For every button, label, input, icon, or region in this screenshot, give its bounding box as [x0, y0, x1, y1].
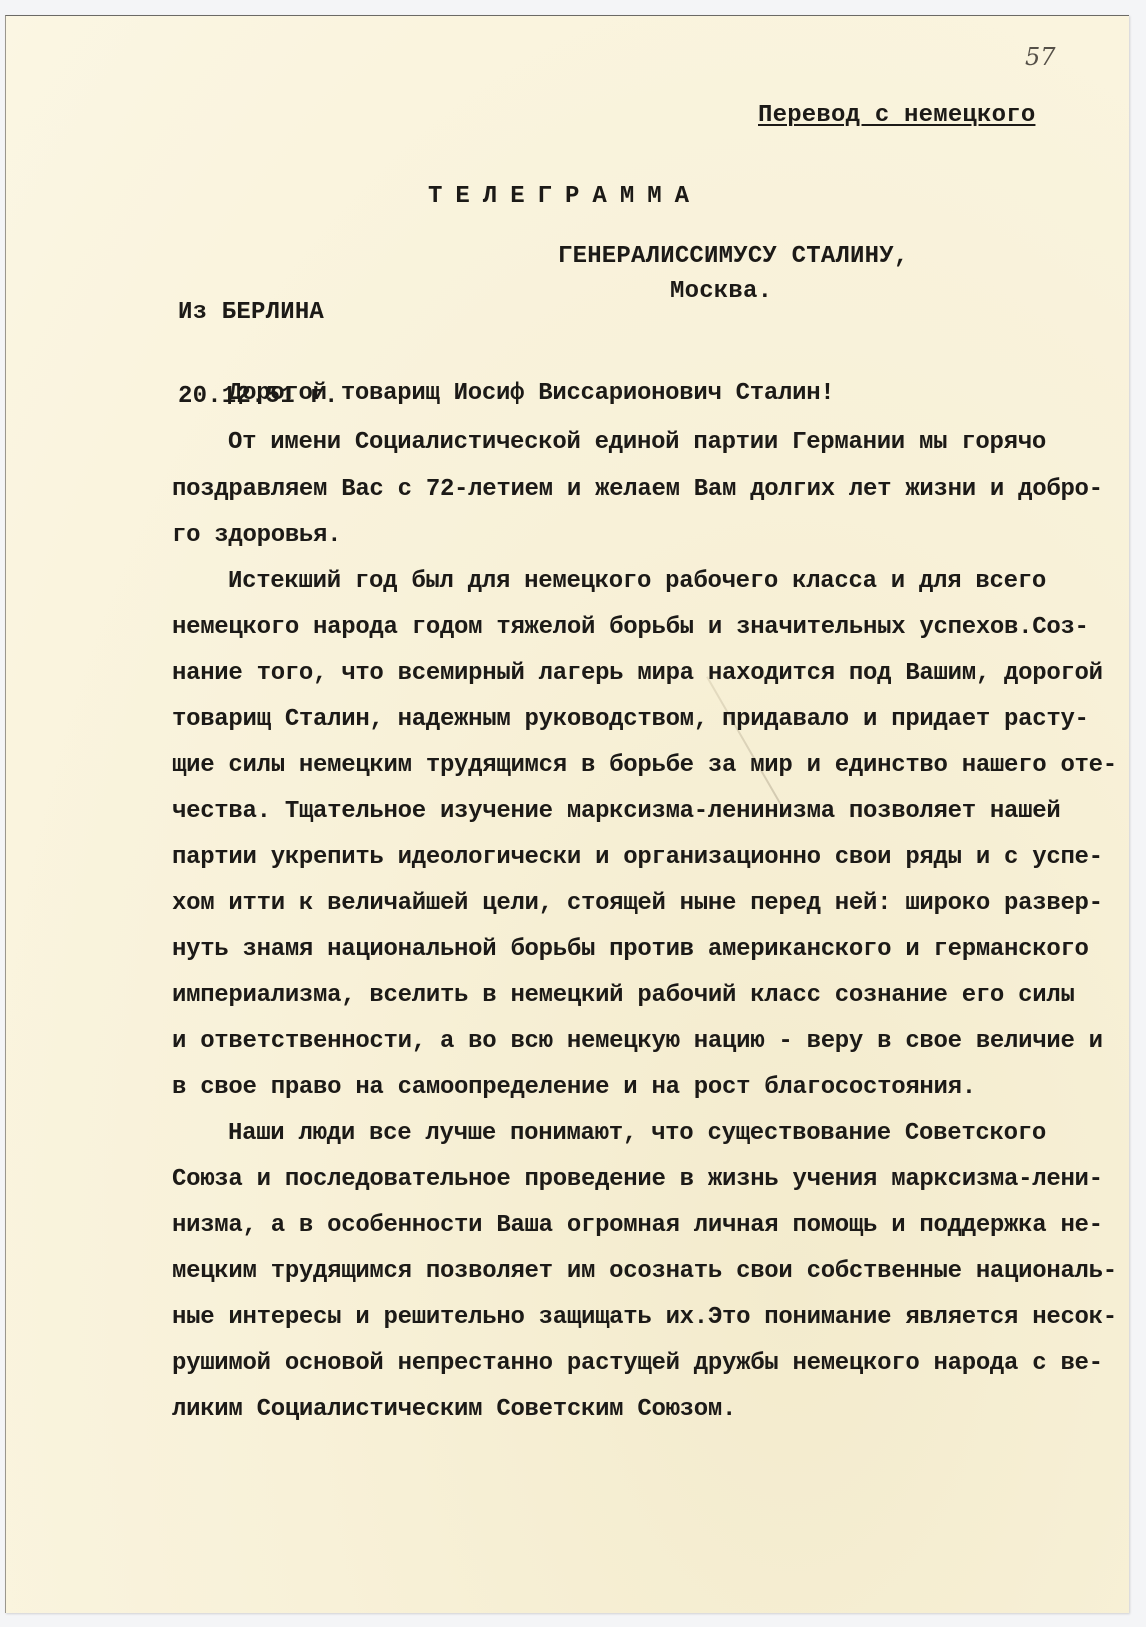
paper-fold-mark: [706, 676, 788, 816]
body-line: немецкого народа годом тяжелой борьбы и …: [172, 614, 1089, 641]
body-line: и ответственности, а во всю немецкую нац…: [172, 1028, 1103, 1055]
sender-city: Из БЕРЛИНА: [178, 299, 339, 327]
translation-note: Перевод с немецкого: [758, 102, 1035, 129]
body-line: Истекший год был для немецкого рабочего …: [228, 568, 1046, 595]
body-line: поздравляем Вас с 72-летием и желаем Вам…: [172, 476, 1103, 503]
body-line: в свое право на самоопределение и на рос…: [172, 1074, 976, 1101]
body-line: товарищ Сталин, надежным руководством, п…: [172, 706, 1089, 733]
body-line: империализма, вселить в немецкий рабочий…: [172, 982, 1075, 1009]
body-line: Наши люди все лучше понимают, что сущест…: [228, 1120, 1046, 1147]
recipient-city: Москва.: [670, 278, 772, 305]
body-line: нуть знамя национальной борьбы против ам…: [172, 936, 1089, 963]
body-line: го здоровья.: [172, 522, 341, 549]
body-line: Союза и последовательное проведение в жи…: [172, 1166, 1103, 1193]
body-line: хом итти к величайшей цели, стоящей ныне…: [172, 890, 1103, 917]
body-line: низма, а в особенности Ваша огромная лич…: [172, 1212, 1103, 1239]
body-line: От имени Социалистической единой партии …: [228, 429, 1046, 456]
body-line: ные интересы и решительно защищать их.Эт…: [172, 1304, 1117, 1331]
body-line: ликим Социалистическим Советским Союзом.: [172, 1396, 736, 1423]
page-number: 57: [1025, 43, 1056, 71]
body-line: нание того, что всемирный лагерь мира на…: [172, 660, 1103, 687]
sender-block: Из БЕРЛИНА 20.12.51 г.: [178, 243, 339, 439]
body-line: рушимой основой непрестанно растущей дру…: [172, 1350, 1103, 1377]
body-line: чества. Тщательное изучение марксизма-ле…: [172, 798, 1060, 825]
salutation: Дорогой товарищ Иосиф Виссарионович Стал…: [228, 380, 834, 407]
body-line: щие силы немецким трудящимся в борьбе за…: [172, 752, 1117, 779]
recipient-name: ГЕНЕРАЛИССИМУСУ СТАЛИНУ,: [558, 243, 908, 271]
document-title: ТЕЛЕГРАММА: [428, 183, 702, 210]
body-line: мецким трудящимся позволяет им осознать …: [172, 1258, 1117, 1285]
body-line: партии укрепить идеологически и организа…: [172, 844, 1103, 871]
